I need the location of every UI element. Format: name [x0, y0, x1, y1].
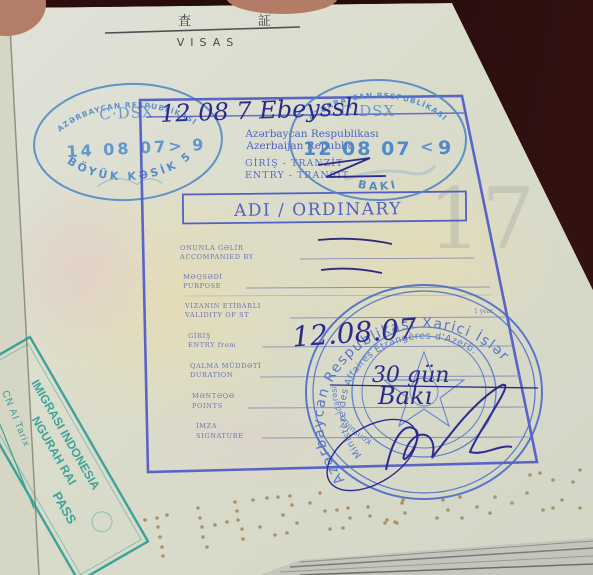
- header-kanji-right: 証: [258, 14, 271, 29]
- svg-text:QALMA MÜDDƏTİ: QALMA MÜDDƏTİ: [190, 361, 261, 370]
- svg-text:ACCOMPANIED BY: ACCOMPANIED BY: [179, 253, 254, 261]
- visa-type-en: ENTRY - TRANSIT: [245, 170, 349, 181]
- svg-text:SIGNATURE: SIGNATURE: [196, 432, 244, 440]
- svg-text:VALIDITY OF ST: VALIDITY OF ST: [184, 311, 249, 319]
- exit-stamp-code: C·DSX: [99, 103, 154, 124]
- svg-text:PURPOSE: PURPOSE: [183, 282, 221, 290]
- svg-text:MƏNTƏQƏ: MƏNTƏQƏ: [192, 392, 235, 400]
- svg-text:DURATION: DURATION: [190, 371, 233, 379]
- svg-text:ENTRY from: ENTRY from: [188, 341, 236, 349]
- svg-text:İMZA: İMZA: [196, 421, 217, 430]
- svg-text:VİZANIN ETİBARLI: VİZANIN ETİBARLI: [184, 301, 261, 310]
- svg-text:GİRİŞ: GİRİŞ: [188, 331, 211, 340]
- exit-stamp-number: 9: [192, 135, 207, 155]
- entry-stamp-number: 9: [438, 137, 453, 159]
- entry-stamp-date: 12 08 07: [303, 138, 412, 160]
- header-kanji-left: 査: [178, 13, 191, 29]
- svg-text:POINTS: POINTS: [192, 402, 223, 410]
- svg-text:MƏQSƏDİ: MƏQSƏDİ: [183, 272, 223, 281]
- header-title: VISAS: [177, 36, 239, 49]
- passport-visa-photo: 査 証 VISAS 17 AZƏRBAYCAN RESPUBLİKASI C·D…: [0, 0, 593, 575]
- entry-stamp-arrow: <: [420, 137, 436, 156]
- svg-text:ONUNLA GƏLİR: ONUNLA GƏLİR: [180, 243, 244, 252]
- visa-category: ADI / ORDINARY: [233, 199, 402, 221]
